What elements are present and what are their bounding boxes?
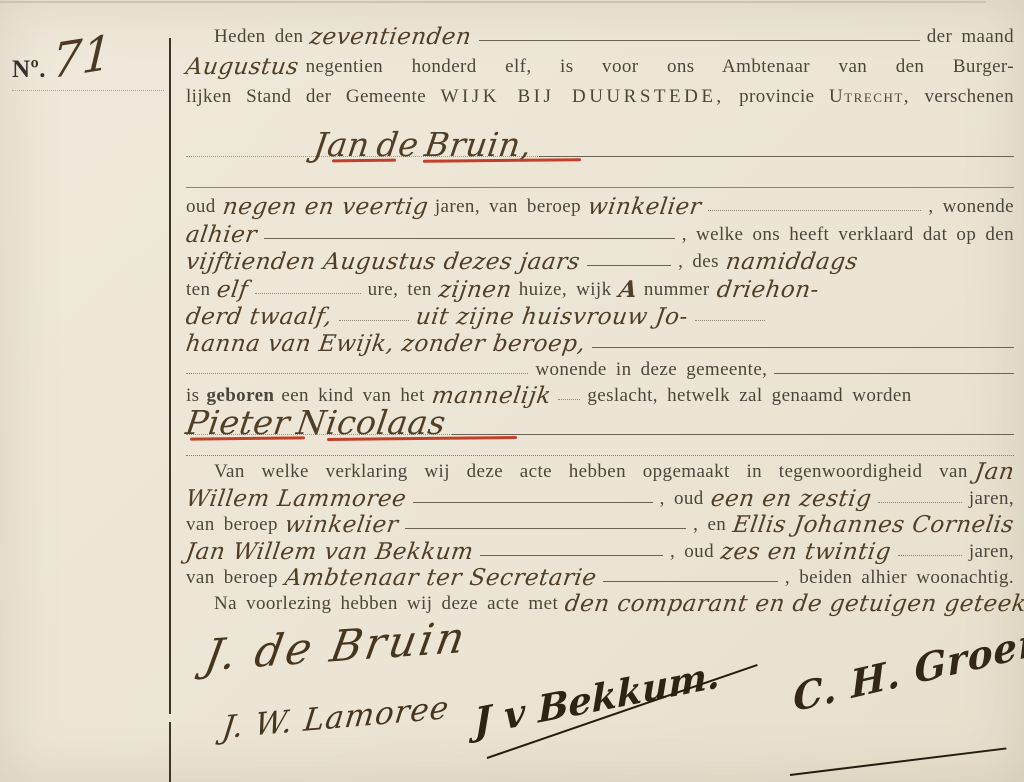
form-text: oud xyxy=(186,196,216,218)
entry-month-written: Augustus xyxy=(184,54,300,80)
line-date-month: Augustus negentien honderd elf, is voor … xyxy=(186,48,1014,78)
fill-line xyxy=(480,555,663,556)
fill-line xyxy=(592,347,1014,348)
entry-closing-written: den comparant en de getuigen geteekend xyxy=(563,591,1024,617)
fill-line xyxy=(255,293,360,294)
form-text: jaren, van beroep xyxy=(435,196,581,218)
margin-rule xyxy=(169,38,171,714)
fill-line xyxy=(413,502,652,503)
birth-certificate-scan: Nº. 71 Heden den zeventienden der maand … xyxy=(0,0,1024,782)
line-housenumber-mother: derd twaalf, uit zijne huisvrouw Jo- xyxy=(186,298,1014,328)
fill-line xyxy=(539,156,1014,157)
form-text: verschenen xyxy=(925,86,1014,107)
fill-line xyxy=(708,210,921,211)
form-text-group: lijken Stand der Gemeente WIJK BIJ DUURS… xyxy=(186,86,1014,108)
scan-edge-line xyxy=(0,1,986,3)
act-number-dotted-line xyxy=(12,90,164,91)
fill-line xyxy=(603,581,778,582)
form-text: der maand xyxy=(927,26,1014,48)
province-name: Utrecht, xyxy=(829,86,910,107)
signature-registrar-flourish xyxy=(790,747,1007,776)
signature-registrar: C. H. Groen xyxy=(792,617,1024,721)
form-text: , wonende xyxy=(928,196,1014,218)
margin-rule-lower xyxy=(169,722,171,782)
signature-witness2: J v Bekkum. xyxy=(474,652,720,744)
form-text: lijken Stand der Gemeente xyxy=(186,86,426,107)
act-number-value: 71 xyxy=(51,25,113,91)
line-municipality: lijken Stand der Gemeente WIJK BIJ DUURS… xyxy=(186,78,1014,108)
form-text: Heden den xyxy=(214,26,303,48)
fill-line xyxy=(264,238,675,239)
fill-line xyxy=(774,373,1014,374)
line-witness1-occupation: van beroep winkelier , en Ellis Johannes… xyxy=(186,506,1014,536)
fill-line xyxy=(898,555,962,556)
line-date-day: Heden den zeventienden der maand xyxy=(186,18,1014,48)
line-birthdate: vijftienden Augustus dezes jaars , des n… xyxy=(186,243,1014,273)
form-text: , des xyxy=(678,251,719,273)
form-text: Na voorlezing hebben wij deze acte met xyxy=(214,593,558,615)
signature-declarant: J. de Bruin xyxy=(201,612,471,681)
line-residence: alhier , welke ons heeft verklaard dat o… xyxy=(186,216,1014,246)
fill-line xyxy=(479,40,920,41)
red-underline xyxy=(190,436,305,440)
line-closing: Na voorlezing hebben wij deze acte met d… xyxy=(186,585,1014,615)
municipality-name: WIJK BIJ DUURSTEDE, xyxy=(441,86,725,107)
form-text: provincie xyxy=(739,86,814,107)
fill-line xyxy=(587,265,671,266)
act-number-label: Nº. xyxy=(12,56,46,84)
fill-line xyxy=(452,434,1014,435)
line-witness-intro: Van welke verklaring wij deze acte hebbe… xyxy=(186,453,1014,483)
line-hour-house: ten elf ure, ten zijnen huize, wijk A nu… xyxy=(186,271,1014,301)
fill-line xyxy=(186,373,528,374)
fill-line xyxy=(695,320,765,321)
form-text: negentien honderd elf, is voor ons Ambte… xyxy=(306,56,1014,78)
line-declarant-name: Jan de Bruin, xyxy=(186,118,1014,164)
line-age-occupation: oud negen en veertig jaren, van beroep w… xyxy=(186,188,1014,218)
fill-line xyxy=(878,502,962,503)
entry-day-written: zeventienden xyxy=(309,24,474,50)
signature-witness1: J. W. Lamoree xyxy=(220,690,451,746)
line-child-name: Pieter Nicolaas xyxy=(186,398,1014,442)
fill-line xyxy=(405,528,686,529)
fill-line xyxy=(339,320,409,321)
